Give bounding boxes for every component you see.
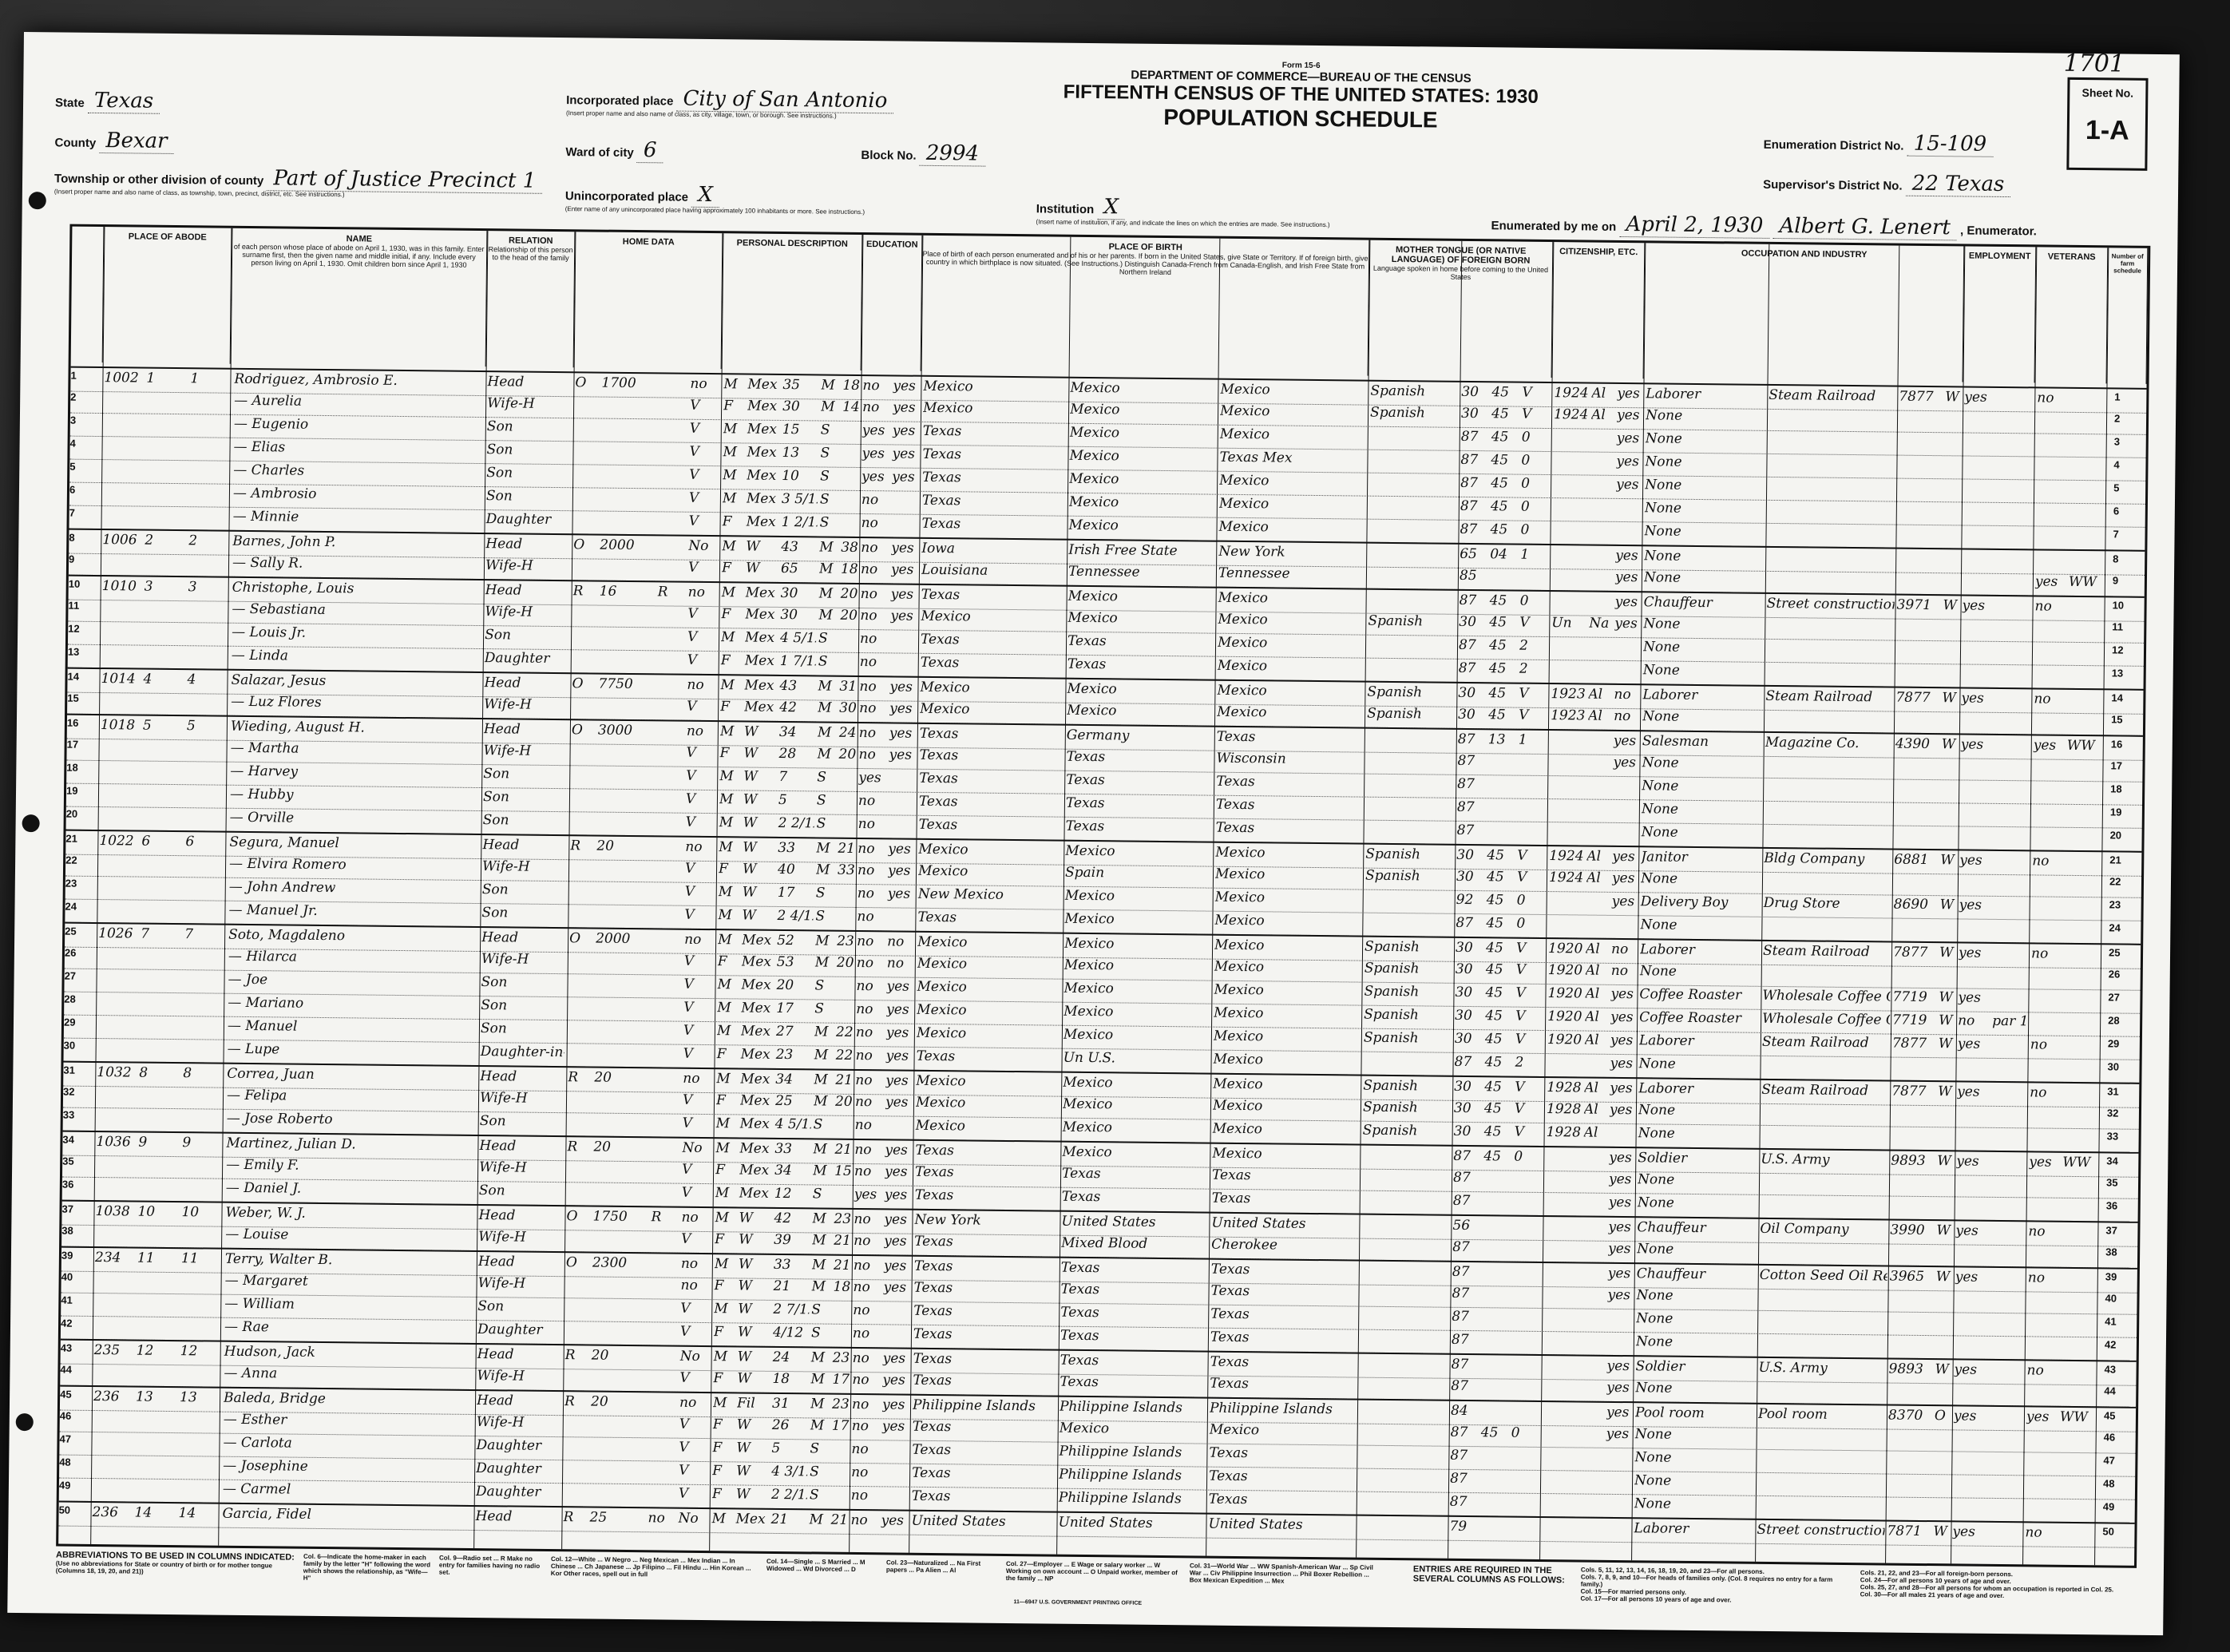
worker-class-cell: W bbox=[1942, 690, 1958, 706]
naturalization-cell: Al bbox=[1591, 386, 1615, 402]
read-write-cell: yes bbox=[885, 1163, 913, 1179]
line-number-cell: 26 bbox=[65, 947, 95, 959]
speaks-english-cell: yes bbox=[1607, 1287, 1633, 1303]
father-birthplace-cell: Mexico bbox=[1069, 448, 1217, 465]
veteran-cell: no bbox=[2026, 1362, 2058, 1378]
birthplace-cell: Texas bbox=[914, 1234, 1058, 1251]
right-line-number: 47 bbox=[2103, 1454, 2131, 1466]
war-cell: WW bbox=[2067, 738, 2101, 754]
occupation-cell: None bbox=[1645, 454, 1765, 471]
race-cell: W bbox=[743, 814, 777, 830]
occupation-cell: Salesman bbox=[1642, 733, 1762, 751]
mother-tongue-cell bbox=[1361, 1331, 1448, 1332]
age-cell: 17 bbox=[776, 1000, 812, 1016]
age-cell: 21 bbox=[773, 1278, 809, 1294]
street-number-cell bbox=[104, 391, 144, 392]
street-number-cell bbox=[94, 1317, 134, 1318]
street-number-cell: 235 bbox=[94, 1342, 134, 1359]
mother-birthplace-cell: Mexico bbox=[1214, 982, 1359, 1000]
race-cell: Mex bbox=[741, 1046, 774, 1062]
farm-cell: No bbox=[688, 538, 719, 554]
right-line-number: 37 bbox=[2105, 1224, 2133, 1236]
occupation-cell: None bbox=[1638, 1125, 1758, 1143]
col-line-number bbox=[71, 227, 105, 362]
occupation-cell: None bbox=[1636, 1333, 1756, 1351]
home-value-cell: 2000 bbox=[596, 931, 652, 948]
dwelling-number-cell bbox=[141, 971, 180, 972]
home-value-cell bbox=[593, 1161, 649, 1162]
mother-birthplace-cell: Mexico bbox=[1220, 426, 1365, 444]
occupation-code-cell bbox=[1898, 526, 1942, 527]
race-cell: Mex bbox=[741, 1000, 774, 1016]
abbrev-col14: Col. 14—Single ... S Married ... M Widow… bbox=[766, 1558, 878, 1573]
person-name-cell: — Aurelia bbox=[234, 393, 481, 411]
county-field: County Bexar bbox=[54, 128, 173, 153]
industry-cell bbox=[1768, 525, 1895, 526]
street-number-cell bbox=[97, 1109, 137, 1110]
relation-cell: Son bbox=[486, 488, 570, 505]
relation-cell: Head bbox=[485, 536, 569, 553]
birthplace-cell: Texas bbox=[914, 1258, 1058, 1276]
occupation-code-cell bbox=[1887, 1476, 1931, 1476]
code-c-cell: 2 bbox=[1515, 1055, 1540, 1071]
school-cell: no bbox=[850, 1512, 878, 1528]
code-a-cell: 87 bbox=[1459, 660, 1487, 676]
occupation-cell: None bbox=[1637, 1241, 1757, 1258]
line-number-cell: 19 bbox=[66, 785, 97, 797]
farm-cell: V bbox=[680, 1324, 711, 1340]
line-number-cell: 44 bbox=[60, 1364, 90, 1376]
code-a-cell: 30 bbox=[1459, 614, 1487, 630]
occupation-cell: Laborer bbox=[1642, 687, 1762, 704]
speaks-english-cell: no bbox=[1614, 687, 1639, 703]
school-cell: yes bbox=[858, 770, 886, 786]
code-c-cell: V bbox=[1515, 1124, 1540, 1140]
dwelling-number-cell bbox=[140, 1040, 180, 1041]
home-value-cell bbox=[601, 443, 657, 444]
right-line-number: 34 bbox=[2106, 1155, 2134, 1167]
dwelling-number-cell: 8 bbox=[139, 1065, 179, 1082]
age-cell: 3 5/12 bbox=[782, 491, 818, 507]
right-line-number: 7 bbox=[2113, 528, 2141, 540]
right-line-number: 24 bbox=[2109, 921, 2137, 933]
school-cell: no bbox=[853, 1350, 881, 1366]
occupation-code-cell: 3965 bbox=[1890, 1269, 1934, 1286]
speaks-english-cell: yes bbox=[1614, 616, 1640, 632]
line-number-cell: 8 bbox=[69, 532, 99, 544]
dwelling-number-cell bbox=[142, 809, 182, 810]
mother-birthplace-cell: Texas bbox=[1216, 820, 1361, 838]
right-line-number: 44 bbox=[2104, 1385, 2132, 1396]
family-number-cell: 11 bbox=[181, 1250, 217, 1266]
industry-cell: Steam Railroad bbox=[1762, 1034, 1890, 1052]
race-cell: Mex bbox=[747, 422, 781, 438]
school-cell: no bbox=[858, 862, 885, 878]
at-work-cell: yes bbox=[1959, 945, 1990, 961]
birthplace-cell: Texas bbox=[922, 469, 1066, 487]
read-write-cell: yes bbox=[892, 446, 920, 462]
sex-cell: M bbox=[713, 1395, 735, 1411]
state-field: State Texas bbox=[55, 88, 160, 113]
age-cell: 15 bbox=[782, 422, 818, 438]
dwelling-number-cell: 10 bbox=[137, 1204, 177, 1221]
occupation-cell: Chauffeur bbox=[1637, 1219, 1757, 1237]
school-cell: no bbox=[857, 933, 885, 949]
occupation-code-cell: 8690 bbox=[1894, 897, 1938, 913]
age-at-marriage-cell: 18 bbox=[842, 378, 860, 394]
line-number-cell: 43 bbox=[61, 1342, 91, 1354]
occupation-code-cell bbox=[1893, 920, 1937, 921]
war-cell: WW bbox=[2069, 574, 2102, 590]
code-c-cell: V bbox=[1516, 962, 1542, 978]
birthplace-cell: Texas bbox=[912, 1442, 1056, 1460]
farm-cell: V bbox=[682, 1162, 712, 1178]
age-at-marriage-cell: 24 bbox=[839, 725, 857, 741]
mother-tongue-cell bbox=[1359, 1470, 1447, 1471]
sex-cell: M bbox=[723, 444, 745, 460]
sex-cell: M bbox=[715, 1256, 737, 1272]
speaks-english-cell: yes bbox=[1612, 870, 1638, 886]
age-cell: 1 7/12 bbox=[780, 653, 816, 669]
person-name-cell: — Orville bbox=[230, 810, 477, 828]
street-number-cell: 1022 bbox=[99, 833, 139, 850]
line-number-cell: 14 bbox=[67, 671, 97, 683]
sex-cell: M bbox=[715, 1185, 738, 1201]
farm-cell: V bbox=[685, 861, 715, 877]
worker-class-cell: W bbox=[1937, 1153, 1953, 1169]
naturalization-cell: Al bbox=[1585, 1032, 1609, 1048]
street-number-cell bbox=[101, 646, 141, 647]
speaks-english-cell: yes bbox=[1610, 1102, 1635, 1118]
industry-cell bbox=[1769, 455, 1896, 457]
read-write-cell: yes bbox=[888, 841, 916, 857]
veteran-cell: no bbox=[2037, 390, 2069, 406]
occupation-code-cell: 9893 bbox=[1891, 1153, 1935, 1170]
home-value-cell: 16 bbox=[600, 584, 656, 600]
farm-cell: V bbox=[689, 490, 719, 506]
radio-set-cell: R bbox=[651, 1209, 679, 1225]
person-name-cell: — Josephine bbox=[223, 1458, 470, 1476]
line-number-cell: 9 bbox=[69, 553, 99, 565]
race-cell: Mex bbox=[747, 445, 780, 461]
occupation-code-cell: 7871 bbox=[1887, 1523, 1931, 1540]
street-number-cell bbox=[93, 1456, 133, 1457]
sex-cell: F bbox=[722, 560, 744, 576]
home-value-cell bbox=[592, 1369, 648, 1370]
right-line-number: 50 bbox=[2102, 1525, 2130, 1537]
age-cell: 7 bbox=[778, 769, 814, 785]
marital-status-cell: S bbox=[817, 815, 837, 831]
age-cell: 65 bbox=[781, 561, 817, 576]
code-b-cell: 45 bbox=[1484, 1054, 1512, 1070]
read-write-cell: yes bbox=[885, 1187, 913, 1202]
age-at-marriage-cell: 20 bbox=[837, 955, 854, 971]
street-number-cell bbox=[96, 1155, 136, 1156]
line-number-cell: 10 bbox=[69, 578, 99, 590]
street-number-cell: 1026 bbox=[98, 925, 138, 942]
code-b-cell: 45 bbox=[1488, 707, 1516, 723]
entries-list-2: Cols. 21, 22, and 23—For all foreign-bor… bbox=[1860, 1569, 2124, 1600]
school-cell: no bbox=[854, 1258, 881, 1274]
relation-cell: Son bbox=[482, 881, 566, 898]
person-name-cell: — Manuel bbox=[228, 1018, 475, 1036]
printer-imprint: 11—6947 U.S. GOVERNMENT PRINTING OFFICE bbox=[1013, 1599, 1142, 1606]
street-number-cell bbox=[93, 1410, 133, 1411]
ed-value: 15-109 bbox=[1907, 132, 1994, 157]
dwelling-number-cell: 6 bbox=[141, 834, 181, 850]
person-name-cell: — Eugenio bbox=[234, 416, 481, 434]
mother-birthplace-cell: Texas bbox=[1209, 1468, 1354, 1486]
at-work-cell: yes bbox=[1959, 852, 1991, 868]
birthplace-cell: Mexico bbox=[918, 842, 1062, 859]
naturalization-cell: Al bbox=[1586, 963, 1610, 979]
age-at-marriage-cell: 20 bbox=[838, 747, 856, 763]
occupation-cell: None bbox=[1642, 778, 1761, 795]
occupation-code-cell: 7877 bbox=[1899, 389, 1943, 406]
at-work-cell: yes bbox=[1963, 597, 1994, 613]
mother-birthplace-cell: Texas bbox=[1210, 1376, 1355, 1393]
immigration-year-cell: 1924 bbox=[1554, 406, 1590, 422]
age-cell: 24 bbox=[773, 1349, 809, 1365]
father-birthplace-cell: Texas bbox=[1060, 1353, 1208, 1370]
birthplace-cell: Texas bbox=[919, 817, 1063, 834]
mother-tongue-cell bbox=[1361, 1308, 1448, 1309]
occupation-code-cell bbox=[1894, 874, 1938, 874]
mother-tongue-cell bbox=[1369, 521, 1457, 521]
father-birthplace-cell: Texas bbox=[1066, 818, 1214, 836]
farm-cell: V bbox=[684, 953, 715, 969]
right-line-number: 39 bbox=[2105, 1270, 2133, 1282]
worker-class-cell: W bbox=[1936, 1269, 1952, 1285]
code-c-cell: 1 bbox=[1520, 547, 1546, 563]
dwelling-number-cell: 4 bbox=[143, 671, 183, 688]
race-cell: W bbox=[743, 768, 777, 784]
home-owned-cell: O bbox=[573, 537, 597, 553]
read-write-cell: yes bbox=[889, 679, 917, 695]
person-name-cell: Garcia, Fidel bbox=[222, 1506, 469, 1524]
unincorporated-field: Unincorporated place X (Enter name of an… bbox=[565, 181, 1012, 217]
father-birthplace-cell: United States bbox=[1061, 1214, 1209, 1231]
home-owned-cell: O bbox=[572, 722, 596, 738]
line-number-cell: 31 bbox=[63, 1064, 93, 1076]
county-value: Bexar bbox=[99, 129, 173, 154]
veteran-cell: yes bbox=[2029, 1154, 2061, 1170]
sex-cell: M bbox=[717, 977, 739, 992]
school-cell: no bbox=[851, 1464, 879, 1480]
code-a-cell: 30 bbox=[1458, 685, 1486, 701]
home-owned-cell: O bbox=[566, 1208, 590, 1224]
farm-cell: V bbox=[683, 1115, 713, 1131]
mother-birthplace-cell: Philippine Islands bbox=[1210, 1400, 1355, 1418]
at-work-cell: yes bbox=[1952, 1523, 1984, 1539]
line-number-cell: 22 bbox=[65, 854, 96, 866]
occupation-code-cell bbox=[1888, 1429, 1932, 1430]
father-birthplace-cell: Mexico bbox=[1064, 957, 1212, 975]
mother-birthplace-cell: United States bbox=[1211, 1215, 1357, 1233]
dwelling-number-cell bbox=[137, 1272, 177, 1273]
veteran-cell: no bbox=[2034, 691, 2066, 707]
relation-cell: Head bbox=[478, 1254, 562, 1270]
person-name-cell: — Daniel J. bbox=[226, 1180, 473, 1198]
age-cell: 26 bbox=[772, 1417, 808, 1433]
occupation-code-cell bbox=[1899, 410, 1943, 411]
marital-status-cell: M bbox=[810, 1371, 830, 1387]
occupation-code-cell: 6881 bbox=[1894, 852, 1938, 869]
birthplace-cell: Mexico bbox=[917, 934, 1061, 952]
birthplace-cell: Mexico bbox=[917, 1025, 1060, 1043]
township-label: Township or other division of county bbox=[54, 172, 263, 188]
school-cell: no bbox=[853, 1325, 881, 1341]
farm-cell: V bbox=[689, 444, 719, 460]
age-at-marriage-cell: 33 bbox=[838, 862, 855, 878]
age-cell: 43 bbox=[781, 539, 817, 555]
industry-cell bbox=[1759, 1312, 1887, 1313]
home-value-cell bbox=[600, 605, 656, 606]
occupation-code-cell bbox=[1891, 1128, 1935, 1129]
industry-cell bbox=[1769, 432, 1896, 434]
code-a-cell: 30 bbox=[1456, 869, 1484, 885]
age-at-marriage-cell: 17 bbox=[832, 1372, 850, 1388]
school-cell: no bbox=[860, 654, 888, 670]
birthplace-cell: Texas bbox=[915, 1164, 1059, 1182]
home-value-cell bbox=[596, 953, 652, 953]
entries-title: ENTRIES ARE REQUIRED IN THE SEVERAL COLU… bbox=[1413, 1564, 1573, 1585]
code-c-cell: 2 bbox=[1519, 638, 1545, 654]
at-work-cell: yes bbox=[1954, 1361, 1986, 1377]
right-line-number: 32 bbox=[2107, 1107, 2135, 1119]
occupation-cell: None bbox=[1638, 1056, 1758, 1073]
industry-cell: Cotton Seed Oil Refinery bbox=[1760, 1267, 1887, 1285]
entries-list-1: Cols. 5, 11, 12, 13, 14, 16, 18, 19, 20,… bbox=[1581, 1567, 1852, 1606]
occupation-cell: None bbox=[1644, 548, 1764, 565]
code-a-cell: 30 bbox=[1461, 406, 1489, 422]
sex-cell: M bbox=[723, 376, 746, 392]
street-number-cell: 236 bbox=[93, 1389, 133, 1405]
race-cell: Mex bbox=[740, 1092, 774, 1108]
home-value-cell: 25 bbox=[589, 1510, 645, 1527]
marital-status-cell: S bbox=[818, 630, 838, 646]
right-line-number: 41 bbox=[2105, 1315, 2133, 1327]
father-birthplace-cell: United States bbox=[1058, 1515, 1206, 1532]
mother-tongue-cell: Spanish bbox=[1363, 1078, 1451, 1095]
birthplace-cell: Texas bbox=[919, 747, 1063, 765]
naturalization-cell: Al bbox=[1585, 1009, 1609, 1025]
speaks-english-cell: yes bbox=[1606, 1404, 1632, 1420]
person-name-cell: — Anna bbox=[224, 1365, 471, 1384]
age-at-marriage-cell: 14 bbox=[842, 399, 860, 415]
race-cell: W bbox=[744, 723, 778, 739]
col-education: EDUCATION bbox=[862, 235, 923, 371]
right-line-number: 27 bbox=[2108, 991, 2136, 1003]
family-number-cell: 7 bbox=[184, 926, 220, 942]
speaks-english-cell: yes bbox=[1617, 386, 1642, 402]
mother-tongue-cell bbox=[1366, 775, 1454, 776]
industry-cell bbox=[1761, 1173, 1888, 1175]
right-line-number: 8 bbox=[2113, 553, 2141, 565]
col-occupation-label: OCCUPATION AND INDUSTRY bbox=[1645, 248, 1963, 260]
school-cell: no bbox=[854, 1142, 882, 1158]
school-cell: yes bbox=[862, 422, 890, 438]
dwelling-number-cell bbox=[135, 1480, 175, 1481]
speaks-english-cell: yes bbox=[1615, 569, 1641, 585]
home-value-cell bbox=[591, 1416, 647, 1416]
occupation-code-cell: 8370 bbox=[1888, 1408, 1932, 1424]
industry-cell bbox=[1768, 501, 1895, 503]
line-number-cell: 24 bbox=[65, 901, 95, 913]
farm-cell: V bbox=[690, 398, 720, 414]
read-write-cell: yes bbox=[886, 1048, 914, 1064]
relation-cell: Wife-H bbox=[482, 858, 566, 875]
sex-cell: F bbox=[713, 1370, 735, 1386]
race-cell: Mex bbox=[747, 468, 780, 484]
person-name-cell: — Elias bbox=[233, 439, 481, 458]
father-birthplace-cell: Mexico bbox=[1067, 681, 1214, 699]
code-c-cell: V bbox=[1517, 848, 1543, 864]
line-number-cell: 23 bbox=[65, 878, 96, 889]
race-cell: Mex bbox=[745, 652, 778, 668]
home-value-cell bbox=[600, 466, 656, 467]
farm-cell: V bbox=[683, 977, 714, 992]
read-write-cell: yes bbox=[889, 725, 917, 741]
industry-cell: Drug Store bbox=[1764, 895, 1891, 913]
father-birthplace-cell: Un U.S. bbox=[1064, 1050, 1211, 1068]
speaks-english-cell: yes bbox=[1612, 893, 1638, 909]
enumerator-name: Albert G. Lenert bbox=[1773, 214, 1957, 240]
person-name-cell: — Jose Roberto bbox=[227, 1111, 474, 1129]
code-b-cell: 45 bbox=[1491, 452, 1519, 468]
dwelling-number-cell bbox=[141, 878, 181, 879]
street-number-cell bbox=[100, 808, 140, 809]
sex-cell: M bbox=[723, 490, 745, 506]
code-b-cell: 04 bbox=[1490, 546, 1518, 562]
farm-cell: No bbox=[680, 1349, 711, 1365]
occupation-cell: None bbox=[1636, 1310, 1756, 1328]
read-write-cell: yes bbox=[883, 1350, 911, 1366]
unincorporated-value: X bbox=[691, 183, 719, 208]
farm-cell: V bbox=[684, 907, 715, 923]
occupation-code-cell bbox=[1891, 1198, 1935, 1198]
sex-cell: F bbox=[712, 1486, 735, 1502]
occupation-cell: None bbox=[1638, 1171, 1757, 1189]
street-number-cell bbox=[104, 438, 144, 438]
mother-tongue-cell bbox=[1365, 914, 1453, 915]
person-name-cell: — Carlota bbox=[223, 1435, 470, 1453]
street-number-cell bbox=[99, 901, 139, 901]
home-value-cell bbox=[597, 767, 653, 768]
code-a-cell: 87 bbox=[1460, 475, 1488, 491]
mother-birthplace-cell: Texas bbox=[1216, 797, 1361, 814]
occupation-cell: None bbox=[1640, 917, 1760, 934]
sex-cell: M bbox=[714, 1349, 736, 1365]
industry-cell: U.S. Army bbox=[1761, 1151, 1888, 1169]
race-cell: W bbox=[743, 791, 777, 807]
incorporated-value: City of San Antonio bbox=[676, 87, 893, 114]
mother-tongue-cell bbox=[1370, 451, 1458, 452]
home-value-cell: 20 bbox=[593, 1139, 649, 1156]
birthplace-cell: Texas bbox=[913, 1303, 1057, 1321]
school-cell: no bbox=[852, 1396, 880, 1412]
industry-cell: Wholesale Coffee Co. bbox=[1762, 988, 1890, 1005]
father-birthplace-cell: Mexico bbox=[1060, 1420, 1207, 1438]
race-cell: W bbox=[746, 539, 779, 555]
sex-cell: M bbox=[719, 814, 742, 830]
race-cell: Mex bbox=[746, 585, 779, 601]
farm-cell: V bbox=[686, 768, 716, 784]
right-line-number: 16 bbox=[2111, 738, 2139, 750]
worker-class-cell: W bbox=[1935, 1361, 1951, 1377]
birthplace-cell: Texas bbox=[913, 1280, 1057, 1297]
father-birthplace-cell: Texas bbox=[1060, 1328, 1208, 1345]
